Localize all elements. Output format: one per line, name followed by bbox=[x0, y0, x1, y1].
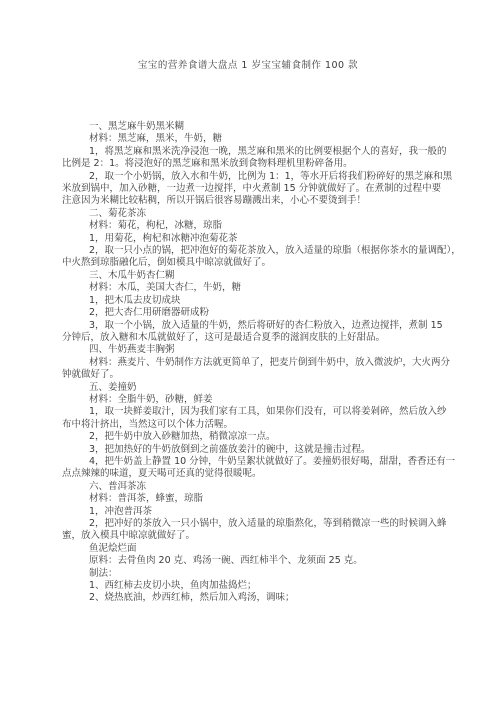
text-line: 二、菊花茶冻 bbox=[62, 208, 452, 220]
text-line: 注意因为米糊比较粘稠，所以开锅后很容易蹦溅出来，小心不要烫到手！ bbox=[62, 195, 452, 207]
paragraph: 3，把加热好的牛奶放倒到之前盛放姜汁的碗中，这就是撞击过程。 bbox=[62, 444, 452, 456]
text-line: 六、普洱茶冻 bbox=[62, 481, 452, 493]
paragraph: 1，取一块鲜姜取汁，因为我们家有工具，如果你们没有，可以将姜剁碎，然后放入纱布中… bbox=[62, 406, 452, 431]
paragraph: 材料：木瓜，美国大杏仁，牛奶，糖 bbox=[62, 282, 452, 294]
text-line: 鱼泥烩烂面 bbox=[62, 543, 452, 555]
paragraph: 材料：菊花，枸杞，冰糖，琼脂 bbox=[62, 220, 452, 232]
paragraph: 1，将黑芝麻和黑米洗净浸泡一晚，黑芝麻和黑米的比例要根据个人的喜好，我一般的比例… bbox=[62, 146, 452, 171]
text-line: 1，将黑芝麻和黑米洗净浸泡一晚，黑芝麻和黑米的比例要根据个人的喜好，我一般的 bbox=[62, 146, 452, 158]
text-line: 三、木瓜牛奶杏仁糊 bbox=[62, 270, 452, 282]
document-title: 宝宝的营养食谱大盘点 1 岁宝宝辅食制作 100 款 bbox=[0, 59, 496, 72]
paragraph: 制法： bbox=[62, 568, 452, 580]
text-line: 米放到锅中，加入砂糖，一边煮一边搅拌，中火煮制 15 分钟就做好了。在煮制的过程… bbox=[62, 183, 452, 195]
text-line: 2，把冲好的茶放入一只小锅中，放入适量的琼脂熬化，等到稍微凉一些的时候调入蜂 bbox=[62, 518, 452, 530]
text-line: 4，把牛奶盖上静置 10 分钟，牛奶呈絮状就做好了。姜撞奶很好喝，甜甜，香香还有… bbox=[62, 456, 452, 468]
text-line: 布中将汁挤出，当然这可以个体力活喔。 bbox=[62, 419, 452, 431]
text-line: 1，把木瓜去皮切成块 bbox=[62, 295, 452, 307]
text-line: 2，取一个小奶锅，放入水和牛奶，比例为 1：1，等水开后将我们粉碎好的黑芝麻和黑 bbox=[62, 171, 452, 183]
text-line: 比例是 2：1。将浸泡好的黑芝麻和黑米放到食物料理机里粉碎备用。 bbox=[62, 158, 452, 170]
text-line: 材料：普洱茶，蜂蜜，琼脂 bbox=[62, 493, 452, 505]
paragraph: 2，把冲好的茶放入一只小锅中，放入适量的琼脂熬化，等到稍微凉一些的时候调入蜂蜜，… bbox=[62, 518, 452, 543]
text-line: 材料：燕麦片、牛奶制作方法就更简单了，把麦片倒到牛奶中，放入微波炉，大火两分 bbox=[62, 357, 452, 369]
paragraph: 材料：燕麦片、牛奶制作方法就更简单了，把麦片倒到牛奶中，放入微波炉，大火两分钟就… bbox=[62, 357, 452, 382]
text-line: 2，取一只小点的锅，把冲泡好的菊花茶放入，放入适量的琼脂（根据你茶水的量调配）， bbox=[62, 245, 452, 257]
text-line: 1、西红柿去皮切小块，鱼肉加盐捣烂； bbox=[62, 580, 452, 592]
text-line: 五、姜撞奶 bbox=[62, 382, 452, 394]
text-line: 一、黑芝麻牛奶黑米糊 bbox=[62, 121, 452, 133]
paragraph: 一、黑芝麻牛奶黑米糊 bbox=[62, 121, 452, 133]
paragraph: 鱼泥烩烂面 bbox=[62, 543, 452, 555]
paragraph: 1，冲泡普洱茶 bbox=[62, 506, 452, 518]
text-line: 材料：黑芝麻，黑米，牛奶，糖 bbox=[62, 133, 452, 145]
text-line: 1，用菊花，枸杞和冰糖冲泡菊花茶 bbox=[62, 233, 452, 245]
text-line: 1，取一块鲜姜取汁，因为我们家有工具，如果你们没有，可以将姜剁碎，然后放入纱 bbox=[62, 406, 452, 418]
paragraph: 1，用菊花，枸杞和冰糖冲泡菊花茶 bbox=[62, 233, 452, 245]
paragraph: 五、姜撞奶 bbox=[62, 382, 452, 394]
text-line: 2，把大杏仁用研磨器研成粉 bbox=[62, 307, 452, 319]
document-page: 宝宝的营养食谱大盘点 1 岁宝宝辅食制作 100 款 一、黑芝麻牛奶黑米糊材料：… bbox=[0, 0, 496, 702]
text-line: 中火熬到琼脂融化后，倒如模具中晾凉就做好了。 bbox=[62, 257, 452, 269]
paragraph: 2，取一只小点的锅，把冲泡好的菊花茶放入，放入适量的琼脂（根据你茶水的量调配），… bbox=[62, 245, 452, 270]
text-line: 2、烧热底油，炒西红柿，然后加入鸡汤，调味； bbox=[62, 592, 452, 604]
text-line: 蜜，放入模具中晾凉就做好了。 bbox=[62, 530, 452, 542]
paragraph: 1、西红柿去皮切小块，鱼肉加盐捣烂； bbox=[62, 580, 452, 592]
text-line: 分钟后，放入糖和木瓜就做好了，这可是最适合夏季的滋润皮肤的上好甜品。 bbox=[62, 332, 452, 344]
paragraph: 材料：普洱茶，蜂蜜，琼脂 bbox=[62, 493, 452, 505]
paragraph: 2，取一个小奶锅，放入水和牛奶，比例为 1：1，等水开后将我们粉碎好的黑芝麻和黑… bbox=[62, 171, 452, 208]
text-line: 四、牛奶燕麦丰胸粥 bbox=[62, 344, 452, 356]
paragraph: 2、烧热底油，炒西红柿，然后加入鸡汤，调味； bbox=[62, 592, 452, 604]
paragraph: 材料：全脂牛奶，砂糖，鲜姜 bbox=[62, 394, 452, 406]
paragraph: 原料：去骨鱼肉 20 克、鸡汤一碗、西红柿半个、龙须面 25 克。 bbox=[62, 555, 452, 567]
text-line: 材料：全脂牛奶，砂糖，鲜姜 bbox=[62, 394, 452, 406]
paragraph: 材料：黑芝麻，黑米，牛奶，糖 bbox=[62, 133, 452, 145]
text-line: 原料：去骨鱼肉 20 克、鸡汤一碗、西红柿半个、龙须面 25 克。 bbox=[62, 555, 452, 567]
text-line: 1，冲泡普洱茶 bbox=[62, 506, 452, 518]
paragraph: 四、牛奶燕麦丰胸粥 bbox=[62, 344, 452, 356]
paragraph: 二、菊花茶冻 bbox=[62, 208, 452, 220]
paragraph: 3，取一个小锅，放入适量的牛奶，然后将研好的杏仁粉放入，边煮边搅拌，煮制 15分… bbox=[62, 320, 452, 345]
text-line: 2，把牛奶中放入砂糖加热，稍微凉凉一点。 bbox=[62, 431, 452, 443]
text-line: 材料：菊花，枸杞，冰糖，琼脂 bbox=[62, 220, 452, 232]
document-body: 一、黑芝麻牛奶黑米糊材料：黑芝麻，黑米，牛奶，糖1，将黑芝麻和黑米洗净浸泡一晚，… bbox=[62, 121, 452, 605]
text-line: 3，取一个小锅，放入适量的牛奶，然后将研好的杏仁粉放入，边煮边搅拌，煮制 15 bbox=[62, 320, 452, 332]
paragraph: 三、木瓜牛奶杏仁糊 bbox=[62, 270, 452, 282]
paragraph: 六、普洱茶冻 bbox=[62, 481, 452, 493]
paragraph: 4，把牛奶盖上静置 10 分钟，牛奶呈絮状就做好了。姜撞奶很好喝，甜甜，香香还有… bbox=[62, 456, 452, 481]
paragraph: 1，把木瓜去皮切成块 bbox=[62, 295, 452, 307]
text-line: 3，把加热好的牛奶放倒到之前盛放姜汁的碗中，这就是撞击过程。 bbox=[62, 444, 452, 456]
text-line: 钟就做好了。 bbox=[62, 369, 452, 381]
paragraph: 2，把大杏仁用研磨器研成粉 bbox=[62, 307, 452, 319]
paragraph: 2，把牛奶中放入砂糖加热，稍微凉凉一点。 bbox=[62, 431, 452, 443]
text-line: 点点辣辣的味道，夏天喝可还真的觉得很暖呢。 bbox=[62, 468, 452, 480]
text-line: 制法： bbox=[62, 568, 452, 580]
text-line: 材料：木瓜，美国大杏仁，牛奶，糖 bbox=[62, 282, 452, 294]
